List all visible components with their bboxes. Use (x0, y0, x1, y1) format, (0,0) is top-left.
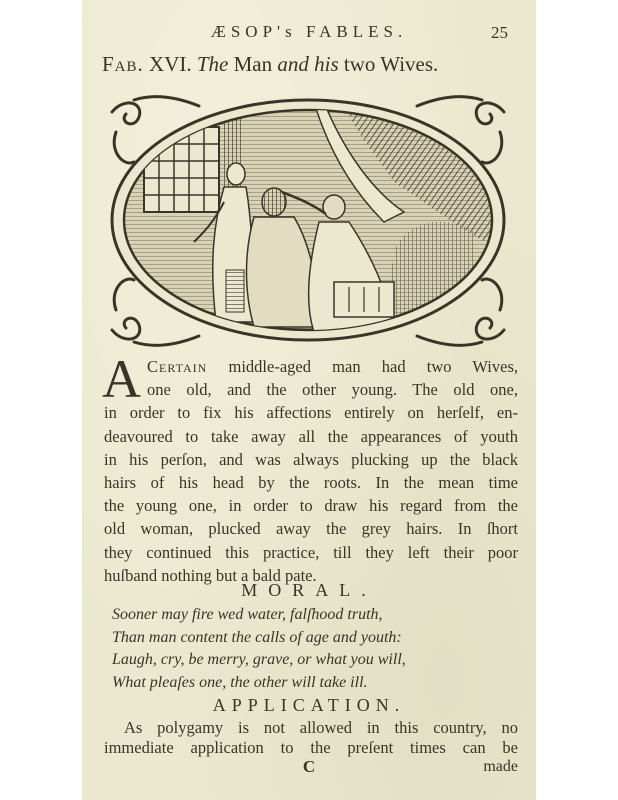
catchword: made (483, 758, 518, 776)
title-man: Man (234, 52, 273, 76)
title-wives: two Wives. (344, 52, 438, 76)
title-and-his: and his (277, 52, 338, 76)
fable-title: Fab. XVI. The Man and his two Wives. (102, 52, 522, 77)
verse-line: Laugh, cry, be merry, grave, or what you… (112, 649, 512, 672)
application-heading: APPLICATION. (82, 695, 536, 716)
body-line: in order to fix his affections entirely … (104, 401, 518, 424)
drop-cap: A (102, 357, 141, 401)
application-line: immediate application to the preſent tim… (104, 738, 518, 758)
body-line: old woman, plucked away the grey hairs. … (104, 517, 518, 540)
application-line: As polygamy is not allowed in this count… (104, 718, 518, 738)
body-line: middle-aged man had two Wives, (229, 357, 518, 376)
woodcut-illustration (104, 92, 512, 350)
fable-body: A Certain middle-aged man had two Wives,… (104, 355, 518, 587)
running-head: ÆSOP's FABLES. 25 (82, 22, 536, 46)
first-word: Certain (147, 357, 207, 376)
body-line: in his perſon, and was always plucking u… (104, 448, 518, 471)
book-page: ÆSOP's FABLES. 25 Fab. XVI. The Man and … (82, 0, 536, 800)
verse-line: What pleaſes one, the other will take il… (112, 672, 512, 695)
application-body: As polygamy is not allowed in this count… (104, 718, 518, 758)
signature-mark: C (82, 757, 536, 777)
body-line: the young one, in order to draw his rega… (104, 494, 518, 517)
verse-line: Than man content the calls of age and yo… (112, 627, 512, 650)
running-title: ÆSOP's FABLES. (82, 22, 536, 42)
fable-number: XVI. (149, 52, 192, 76)
body-line: deavoured to take away all the appearanc… (104, 425, 518, 448)
fable-label: Fab. (102, 52, 144, 76)
moral-heading: MORAL. (82, 580, 536, 601)
moral-verse: Sooner may fire wed water, falſhood trut… (112, 604, 512, 694)
body-line: one old, and the other young. The old on… (104, 378, 518, 401)
title-the: The (197, 52, 229, 76)
page-number: 25 (491, 23, 508, 43)
body-line: they continued this practice, till they … (104, 541, 518, 564)
body-line: hairs of his head by the roots. In the m… (104, 471, 518, 494)
verse-line: Sooner may fire wed water, falſhood trut… (112, 604, 512, 627)
